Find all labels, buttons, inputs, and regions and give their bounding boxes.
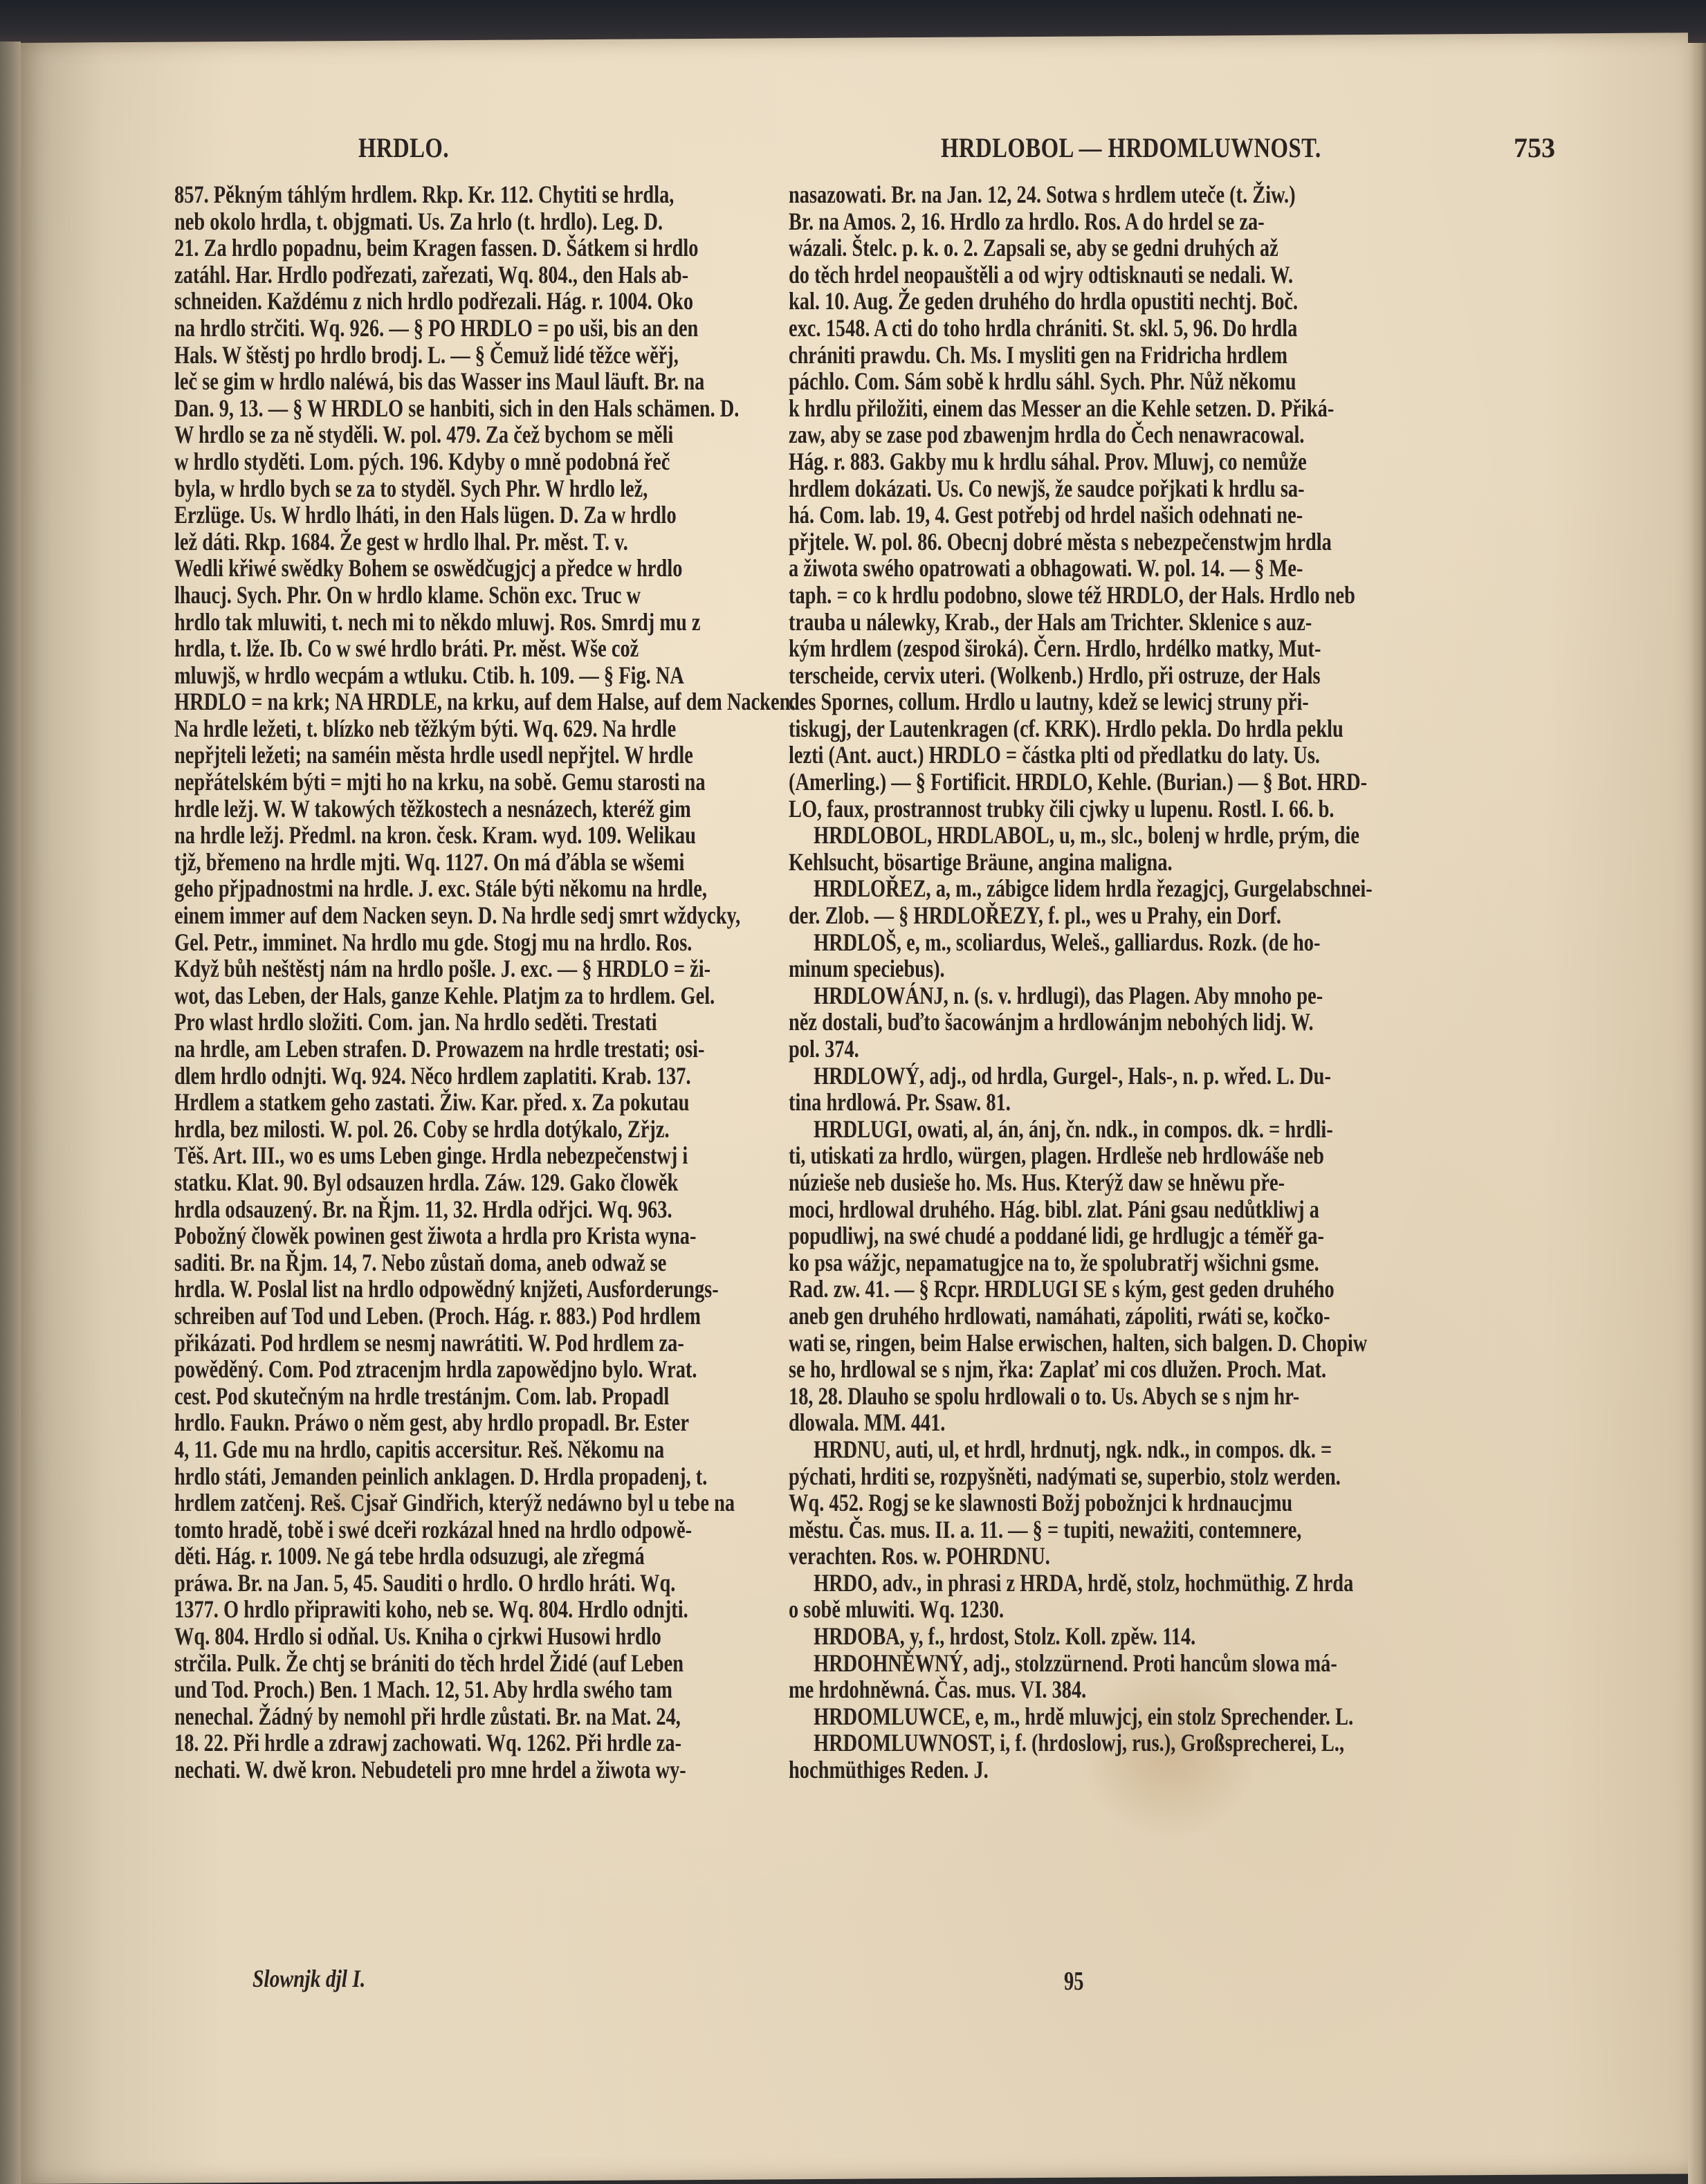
- text-line: zaw, aby se zase pod zbawenjm hrdla do Č…: [789, 421, 1563, 448]
- text-line: hrdlo státi, Jemanden peinlich anklagen.…: [174, 1463, 783, 1490]
- text-line: kal. 10. Aug. Že geden druhého do hrdla …: [789, 288, 1563, 315]
- text-line: Hrdlem a statkem geho zastati. Žiw. Kar.…: [174, 1089, 783, 1116]
- text-line: der. Zlob. — § HRDLOŘEZY, f. pl., wes u …: [789, 902, 1563, 929]
- entry-headword-line: HRDNU, auti, ul, et hrdl, hrdnutj, ngk. …: [789, 1436, 1588, 1463]
- text-line: lhaucj. Sych. Phr. On w hrdlo klame. Sch…: [174, 582, 783, 609]
- text-line: na hrdle, am Leben strafen. D. Prowazem …: [174, 1036, 783, 1063]
- text-line: verachten. Ros. w. POHRDNU.: [789, 1543, 1563, 1570]
- text-line: městu. Čas. mus. II. a. 11. — § = tupiti…: [789, 1516, 1563, 1543]
- text-line: me hrdohněwná. Čas. mus. VI. 384.: [789, 1676, 1563, 1703]
- right-column: nasazowati. Br. na Jan. 12, 24. Sotwa s …: [789, 181, 1563, 1783]
- text-line: hrdla. W. Poslal list na hrdlo odpowědný…: [174, 1276, 783, 1303]
- text-line: moci, hrdlowal druhého. Hág. bibl. zlat.…: [789, 1196, 1563, 1223]
- text-line: schreiben auf Tod und Leben. (Proch. Hág…: [174, 1303, 783, 1330]
- text-line: dlem hrdlo odnjti. Wq. 924. Něco hrdlem …: [174, 1063, 783, 1090]
- text-line: wot, das Leben, der Hals, ganze Kehle. P…: [174, 982, 783, 1009]
- text-line: byla, w hrdlo bych se za to styděl. Sych…: [174, 475, 783, 502]
- text-line: dlowala. MM. 441.: [789, 1409, 1563, 1436]
- text-line: núzieše neb dusieše ho. Ms. Hus. Kterýž …: [789, 1169, 1563, 1196]
- text-line: tina hrdlowá. Pr. Ssaw. 81.: [789, 1089, 1563, 1116]
- text-line: na hrdlo strčiti. Wq. 926. — § PO HRDLO …: [174, 315, 783, 342]
- text-line: 18, 28. Dlauho se spolu hrdlowali o to. …: [789, 1383, 1563, 1410]
- text-line: minum speciebus).: [789, 955, 1563, 982]
- text-line: terscheide, cervix uteri. (Wolkenb.) Hrd…: [789, 662, 1563, 689]
- text-line: tiskugj, der Lautenkragen (cf. KRK). Hrd…: [789, 715, 1563, 742]
- text-line: (Amerling.) — § Fortificit. HRDLO, Kehle…: [789, 769, 1563, 796]
- text-line: lezti (Ant. auct.) HRDLO = částka plti o…: [789, 742, 1563, 769]
- text-line: Dan. 9, 13. — § W HRDLO se hanbiti, sich…: [174, 395, 783, 422]
- sheet-number: 95: [1064, 1966, 1084, 1997]
- entry-headword-line: HRDLOBOL, HRDLABOL, u, m., slc., bolenj …: [789, 822, 1588, 849]
- text-line: k hrdlu přiložiti, einem das Messer an d…: [789, 395, 1563, 422]
- text-line: o sobě mluwiti. Wq. 1230.: [789, 1596, 1563, 1623]
- text-line: 857. Pěkným táhlým hrdlem. Rkp. Kr. 112.…: [174, 181, 783, 208]
- entry-headword-line: HRDLOŘEZ, a, m., zábigce lidem hrdla řez…: [789, 875, 1588, 902]
- text-line: tomto hradě, tobě i swé dceři rozkázal h…: [174, 1516, 783, 1543]
- entry-headword-line: HRDOMLUWCE, e, m., hrdě mluwjcj, ein sto…: [789, 1703, 1588, 1730]
- left-column: 857. Pěkným táhlým hrdlem. Rkp. Kr. 112.…: [174, 181, 783, 1783]
- volume-signature: Slownjk djl I.: [253, 1964, 365, 1993]
- text-line: pol. 374.: [789, 1036, 1563, 1063]
- text-line: nenechal. Žádný by nemohl při hrdle zůst…: [174, 1703, 783, 1730]
- entry-headword-line: HRDOHNĚWNÝ, adj., stolzzürnend. Proti ha…: [789, 1650, 1588, 1677]
- text-line: strčila. Pulk. Že chtj se brániti do těc…: [174, 1650, 783, 1677]
- text-line: chrániti prawdu. Ch. Ms. I mysliti gen n…: [789, 342, 1563, 369]
- running-head-left: HRDLO.: [358, 131, 449, 164]
- text-line: ti, utiskati za hrdlo, würgen, plagen. H…: [789, 1142, 1563, 1169]
- text-line: saditi. Br. na Řjm. 14, 7. Nebo zůstaň d…: [174, 1249, 783, 1276]
- text-line: práwa. Br. na Jan. 5, 45. Sauditi o hrdl…: [174, 1570, 783, 1597]
- text-line: děti. Hág. r. 1009. Ne gá tebe hrdla ods…: [174, 1543, 783, 1570]
- text-line: há. Com. lab. 19, 4. Gest potřebj od hrd…: [789, 502, 1563, 529]
- text-line: na hrdle ležj. Předml. na kron. česk. Kr…: [174, 822, 783, 849]
- text-line: a žiwota swého opatrowati a obhagowati. …: [789, 555, 1563, 582]
- text-line: leč se gim w hrdlo naléwá, bis das Wasse…: [174, 368, 783, 395]
- text-line: 4, 11. Gde mu na hrdlo, capitis accersit…: [174, 1436, 783, 1463]
- entry-headword-line: HRDOMLUWNOST, i, f. (hrdoslowj, rus.), G…: [789, 1729, 1588, 1756]
- text-line: mluwjš, w hrdlo wecpám a wtluku. Ctib. h…: [174, 662, 783, 689]
- entry-headword-line: HRDOBA, y, f., hrdost, Stolz. Koll. zpěw…: [789, 1623, 1588, 1650]
- entry-headword-line: HRDLOWÁNJ, n. (s. v. hrdlugi), das Plage…: [789, 982, 1588, 1009]
- text-line: trauba u nálewky, Krab., der Hals am Tri…: [789, 609, 1563, 636]
- text-line: 18. 22. Při hrdle a zdrawj zachowati. Wq…: [174, 1729, 783, 1756]
- page-number: 753: [1514, 131, 1555, 164]
- text-line: LO, faux, prostrannost trubky čili cjwky…: [789, 796, 1563, 823]
- text-line: w hrdlo styděti. Lom. pých. 196. Kdyby o…: [174, 448, 783, 475]
- text-line: Br. na Amos. 2, 16. Hrdlo za hrdlo. Ros.…: [789, 208, 1563, 235]
- text-line: Gel. Petr., imminet. Na hrdlo mu gde. St…: [174, 929, 783, 956]
- text-line: něz dostali, buďto šacowánjm a hrdlowánj…: [789, 1009, 1563, 1036]
- text-line: taph. = co k hrdlu podobno, slowe též HR…: [789, 582, 1563, 609]
- text-line: nasazowati. Br. na Jan. 12, 24. Sotwa s …: [789, 181, 1563, 208]
- text-line: nepřjteli ležeti; na saméin města hrdle …: [174, 742, 783, 769]
- text-line: Hág. r. 883. Gakby mu k hrdlu sáhal. Pro…: [789, 448, 1563, 475]
- text-line: Erzlüge. Us. W hrdlo lháti, in den Hals …: [174, 502, 783, 529]
- text-line: Kehlsucht, bösartige Bräune, angina mali…: [789, 849, 1563, 876]
- book-binding: [0, 42, 21, 2184]
- text-line: hochmüthiges Reden. J.: [789, 1756, 1563, 1783]
- text-line: přikázati. Pod hrdlem se nesmj nawrátiti…: [174, 1330, 783, 1357]
- text-line: hrdlo. Faukn. Práwo o něm gest, aby hrdl…: [174, 1409, 783, 1436]
- text-line: Wq. 804. Hrdlo si odňal. Us. Kniha o cjr…: [174, 1623, 783, 1650]
- text-line: hrdla odsauzený. Br. na Řjm. 11, 32. Hrd…: [174, 1196, 783, 1223]
- text-line: Wedli křiwé swědky Bohem se oswědčugjcj …: [174, 555, 783, 582]
- text-line: Rad. zw. 41. — § Rcpr. HRDLUGI SE s kým,…: [789, 1276, 1563, 1303]
- text-line: cest. Pod skutečným na hrdle trestánjm. …: [174, 1383, 783, 1410]
- text-line: wati se, ringen, beim Halse erwischen, h…: [789, 1330, 1563, 1357]
- text-line: hrdlem zatčenj. Reš. Cjsař Gindřich, kte…: [174, 1489, 783, 1516]
- text-line: und Tod. Proch.) Ben. 1 Mach. 12, 51. Ab…: [174, 1676, 783, 1703]
- entry-headword-line: HRDLOŠ, e, m., scoliardus, Weleš., galli…: [789, 929, 1588, 956]
- text-line: kým hrdlem (zespod široká). Čern. Hrdlo,…: [789, 635, 1563, 662]
- text-line: se ho, hrdlowal se s njm, řka: Zaplať mi…: [789, 1356, 1563, 1383]
- text-line: HRDLO = na krk; NA HRDLE, na krku, auf d…: [174, 688, 783, 715]
- text-line: ko psa wážjc, nepamatugjce na to, že spo…: [789, 1249, 1563, 1276]
- entry-headword-line: HRDLOWÝ, adj., od hrdla, Gurgel-, Hals-,…: [789, 1063, 1588, 1090]
- text-line: hrdlem dokázati. Us. Co newjš, že saudce…: [789, 475, 1563, 502]
- text-line: Na hrdle ležeti, t. blízko neb těžkým bý…: [174, 715, 783, 742]
- text-line: Hals. W štěstj po hrdlo brodj. L. — § Če…: [174, 342, 783, 369]
- text-line: Pro wlast hrdlo složiti. Com. jan. Na hr…: [174, 1009, 783, 1036]
- text-line: do těch hrdel neopauštěli a od wjry odti…: [789, 261, 1563, 288]
- text-line: W hrdlo se za ně styděli. W. pol. 479. Z…: [174, 421, 783, 448]
- text-line: Pobožný člowěk powinen gest žiwota a hrd…: [174, 1222, 783, 1249]
- text-line: nechati. W. dwě kron. Nebudeteli pro mne…: [174, 1756, 783, 1783]
- text-line: lež dáti. Rkp. 1684. Že gest w hrdlo lha…: [174, 529, 783, 556]
- text-line: hrdle ležj. W. W takowých těžkostech a n…: [174, 796, 783, 823]
- text-line: popudliwj, na swé chudé a poddané lidi, …: [789, 1222, 1563, 1249]
- text-line: 1377. O hrdlo připrawiti koho, neb se. W…: [174, 1596, 783, 1623]
- text-line: přjtele. W. pol. 86. Obecnj dobré města …: [789, 529, 1563, 556]
- text-line: exc. 1548. A cti do toho hrdla chrániti.…: [789, 315, 1563, 342]
- text-line: hrdla, bez milosti. W. pol. 26. Coby se …: [174, 1116, 783, 1143]
- text-line: wázali. Štelc. p. k. o. 2. Zapsali se, a…: [789, 235, 1563, 261]
- text-line: páchlo. Com. Sám sobě k hrdlu sáhl. Sych…: [789, 368, 1563, 395]
- text-line: hrdla, t. lže. Ib. Co w swé hrdlo bráti.…: [174, 635, 783, 662]
- text-line: tjž, břemeno na hrdle mjti. Wq. 1127. On…: [174, 849, 783, 876]
- text-line: hrdlo tak mluwiti, t. nech mi to někdo m…: [174, 609, 783, 636]
- text-line: Když bůh neštěstj nám na hrdlo pošle. J.…: [174, 955, 783, 982]
- entry-headword-line: HRDO, adv., in phrasi z HRDA, hrdě, stol…: [789, 1570, 1588, 1597]
- text-line: statku. Klat. 90. Byl odsauzen hrdla. Zá…: [174, 1169, 783, 1196]
- text-line: Wq. 452. Rogj se ke slawnosti Božj pobož…: [789, 1489, 1563, 1516]
- text-line: nepřátelském býti = mjti ho na krku, na …: [174, 769, 783, 796]
- text-line: des Spornes, collum. Hrdlo u lautny, kde…: [789, 688, 1563, 715]
- text-line: powěděný. Com. Pod ztracenjm hrdla zapow…: [174, 1356, 783, 1383]
- text-line: 21. Za hrdlo popadnu, beim Kragen fassen…: [174, 235, 783, 261]
- text-line: pýchati, hrditi se, rozpyšněti, nadýmati…: [789, 1463, 1563, 1490]
- text-line: zatáhl. Har. Hrdlo podřezati, zařezati, …: [174, 261, 783, 288]
- text-line: schneiden. Každému z nich hrdlo podřezal…: [174, 288, 783, 315]
- text-line: einem immer auf dem Nacken seyn. D. Na h…: [174, 902, 783, 929]
- text-line: aneb gen druhého hrdlowati, namáhati, zá…: [789, 1303, 1563, 1330]
- running-head-right: HRDLOBOL — HRDOMLUWNOST.: [941, 131, 1321, 164]
- entry-headword-line: HRDLUGI, owati, al, án, ánj, čn. ndk., i…: [789, 1116, 1588, 1143]
- text-line: neb okolo hrdla, t. objgmati. Us. Za hrl…: [174, 208, 783, 235]
- text-line: Těš. Art. III., wo es ums Leben ginge. H…: [174, 1142, 783, 1169]
- page-edge: [1688, 43, 1706, 2184]
- text-line: geho přjpadnostmi na hrdle. J. exc. Stál…: [174, 875, 783, 902]
